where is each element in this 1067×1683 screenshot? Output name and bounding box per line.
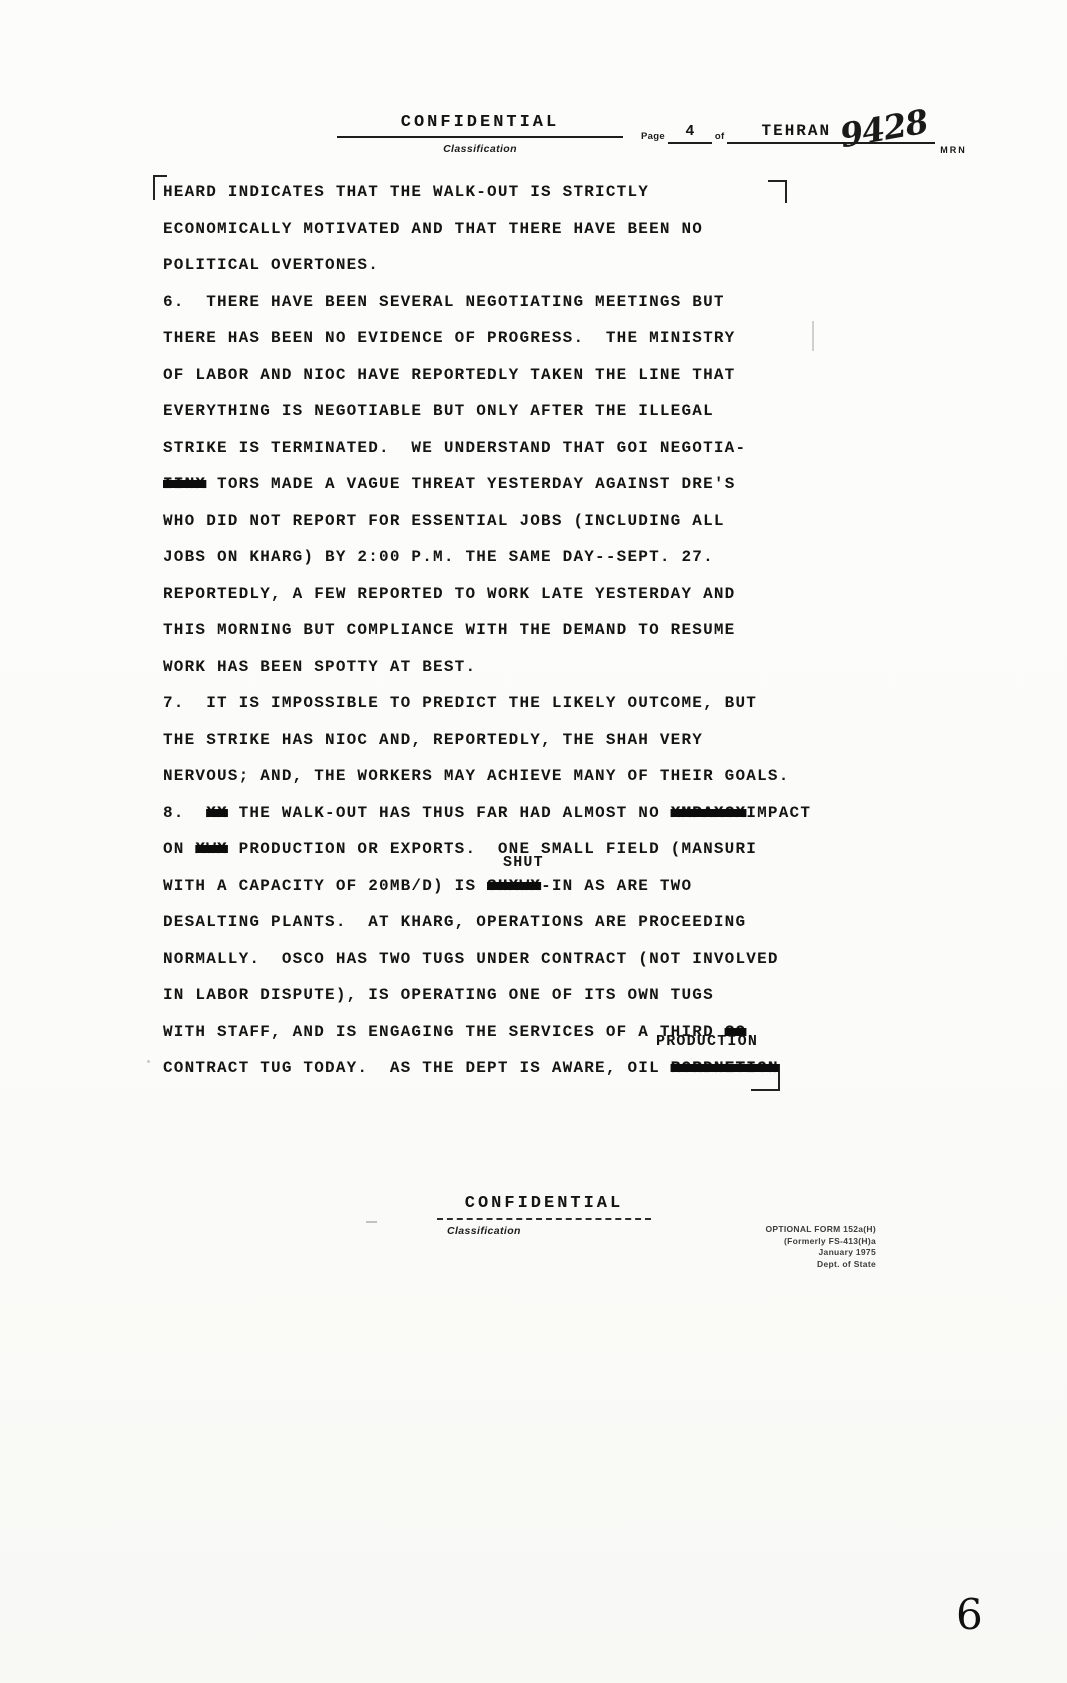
document-line: THERE HAS BEEN NO EVIDENCE OF PROGRESS. … xyxy=(163,320,883,357)
page-number: 6 xyxy=(956,1592,983,1638)
form-line: (Formerly FS-413(H)a xyxy=(718,1236,876,1248)
station-name: TEHRAN xyxy=(761,122,831,140)
footer-classification-block: CONFIDENTIAL Classification xyxy=(437,1194,651,1220)
document-line: DESALTING PLANTS. AT KHARG, OPERATIONS A… xyxy=(163,904,883,941)
mrn-label: MRN xyxy=(923,145,983,155)
document-line: THIS MORNING BUT COMPLIANCE WITH THE DEM… xyxy=(163,612,883,649)
header-classification-block: CONFIDENTIAL Classification xyxy=(337,113,623,138)
document-line: CONTRACT TUG TODAY. AS THE DEPT IS AWARE… xyxy=(163,1050,883,1087)
mrn-field: TEHRAN9428MRN xyxy=(727,109,935,144)
document-line: 8. XX THE WALK-OUT HAS THUS FAR HAD ALMO… xyxy=(163,795,883,832)
scan-artifact xyxy=(366,1221,377,1223)
document-line: HEARD INDICATES THAT THE WALK-OUT IS STR… xyxy=(163,174,883,211)
strikeout-text: RORDNETIGN xyxy=(671,1059,779,1077)
form-line: Dept. of State xyxy=(718,1259,876,1271)
document-line: STRIKE IS TERMINATED. WE UNDERSTAND THAT… xyxy=(163,430,883,467)
document-line: WORK HAS BEEN SPOTTY AT BEST. xyxy=(163,649,883,686)
strikeout-text: XMPAXCX xyxy=(671,804,747,822)
footer-classification-label: Classification xyxy=(447,1225,521,1238)
header-classification-label: Classification xyxy=(337,143,623,156)
document-line: REPORTEDLY, A FEW REPORTED TO WORK LATE … xyxy=(163,576,883,613)
document-line: THE STRIKE HAS NIOC AND, REPORTEDLY, THE… xyxy=(163,722,883,759)
strikeout-text: IINX xyxy=(163,475,206,493)
document-line: IINX TORS MADE A VAGUE THREAT YESTERDAY … xyxy=(163,466,883,503)
header-page-block: Page 4 of TEHRAN9428MRN xyxy=(638,110,935,144)
document-line: ECONOMICALLY MOTIVATED AND THAT THERE HA… xyxy=(163,211,883,248)
document-line: WITH A CAPACITY OF 20MB/D) IS SHXWX-IN A… xyxy=(163,868,883,905)
footer-classification-stamp: CONFIDENTIAL xyxy=(437,1194,651,1214)
document-line: OF LABOR AND NIOC HAVE REPORTEDLY TAKEN … xyxy=(163,357,883,394)
form-identifier: OPTIONAL FORM 152a(H) (Formerly FS-413(H… xyxy=(718,1224,876,1270)
inserted-text-shut: SHUT xyxy=(503,855,544,871)
strikeout-text: XX xyxy=(206,804,228,822)
document-line: NERVOUS; AND, THE WORKERS MAY ACHIEVE MA… xyxy=(163,758,883,795)
document-body: HEARD INDICATES THAT THE WALK-OUT IS STR… xyxy=(163,174,883,1087)
page-number-field: 4 xyxy=(668,123,712,144)
document-line: NORMALLY. OSCO HAS TWO TUGS UNDER CONTRA… xyxy=(163,941,883,978)
header-classification-stamp: CONFIDENTIAL xyxy=(337,113,623,133)
document-line: IN LABOR DISPUTE), IS OPERATING ONE OF I… xyxy=(163,977,883,1014)
form-line: January 1975 xyxy=(718,1247,876,1259)
document-line: EVERYTHING IS NEGOTIABLE BUT ONLY AFTER … xyxy=(163,393,883,430)
handwritten-mrn: 9428 xyxy=(838,107,930,152)
document-line: WHO DID NOT REPORT FOR ESSENTIAL JOBS (I… xyxy=(163,503,883,540)
strikeout-text: SHXWX xyxy=(487,877,541,895)
document-line: 7. IT IS IMPOSSIBLE TO PREDICT THE LIKEL… xyxy=(163,685,883,722)
document-line: POLITICAL OVERTONES. xyxy=(163,247,883,284)
scan-artifact xyxy=(812,321,814,351)
document-line: WITH STAFF, AND IS ENGAGING THE SERVICES… xyxy=(163,1014,883,1051)
page-label: Page xyxy=(641,131,665,142)
document-line: JOBS ON KHARG) BY 2:00 P.M. THE SAME DAY… xyxy=(163,539,883,576)
inserted-text-production: PRODUCTION xyxy=(656,1034,758,1050)
document-line: 6. THERE HAVE BEEN SEVERAL NEGOTIATING M… xyxy=(163,284,883,321)
strikeout-text: XWX xyxy=(195,840,227,858)
form-line: OPTIONAL FORM 152a(H) xyxy=(718,1224,876,1236)
scan-artifact xyxy=(147,1060,150,1063)
scanned-telegram-page: CONFIDENTIAL Classification Page 4 of TE… xyxy=(0,0,1067,1683)
of-label: of xyxy=(715,131,725,142)
